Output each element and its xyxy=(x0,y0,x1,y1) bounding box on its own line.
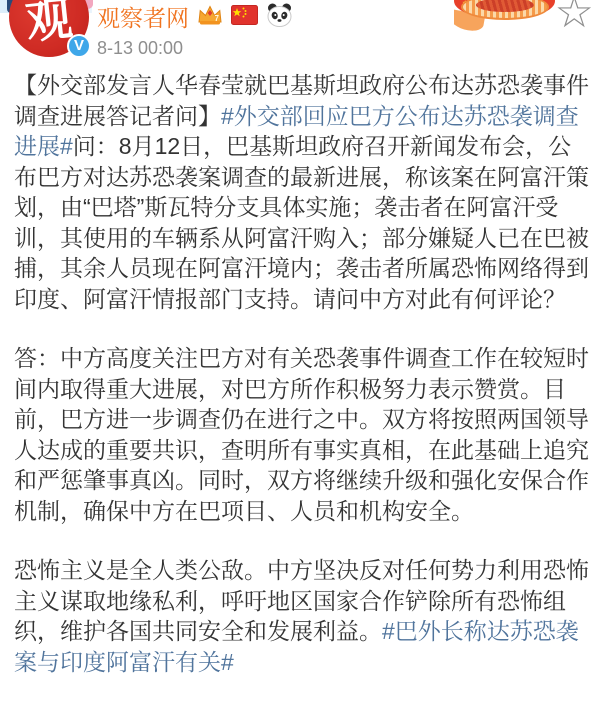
post-text: 问：8月12日，巴基斯坦政府召开新闻发布会，公布巴方对达苏恐袭案调查的最新进展，… xyxy=(14,133,589,312)
post-paragraph: 答：中方高度关注巴方对有关恐袭事件调查工作在较短时间内取得重大进展，对巴方所作积… xyxy=(14,343,590,526)
post-text: 答：中方高度关注巴方对有关恐袭事件调查工作在较短时间内取得重大进展，对巴方所作积… xyxy=(14,345,589,524)
china-flag-emoji xyxy=(231,5,258,30)
panda-emoji xyxy=(266,3,293,32)
star-icon[interactable]: ☆ xyxy=(555,0,594,35)
post-paragraph: 【外交部发言人华春莹就巴基斯坦政府公布达苏恐袭事件调查进展答记者问】#外交部回应… xyxy=(14,70,590,314)
user-block: 观察者网 7 xyxy=(97,3,293,58)
vip-crown-icon: 7 xyxy=(197,4,223,32)
username[interactable]: 观察者网 xyxy=(97,5,189,31)
promo-illustration-fragment: ★ ★ xyxy=(454,0,555,31)
post-paragraph: 恐怖主义是全人类公敌。中方坚决反对任何势力利用恐怖主义谋取地缘私利，呼吁地区国家… xyxy=(14,555,590,677)
weibo-post-screen: 观 V 观察者网 7 xyxy=(0,0,600,712)
avatar[interactable]: 观 V xyxy=(9,0,89,57)
svg-text:7: 7 xyxy=(215,14,220,23)
timestamp: 8-13 00:00 xyxy=(97,38,293,58)
username-row: 观察者网 7 xyxy=(97,3,293,32)
post-content: 【外交部发言人华春莹就巴基斯坦政府公布达苏恐袭事件调查进展答记者问】#外交部回应… xyxy=(0,58,600,677)
post-header: 观 V 观察者网 7 xyxy=(0,0,600,58)
verified-badge-icon: V xyxy=(67,34,91,58)
